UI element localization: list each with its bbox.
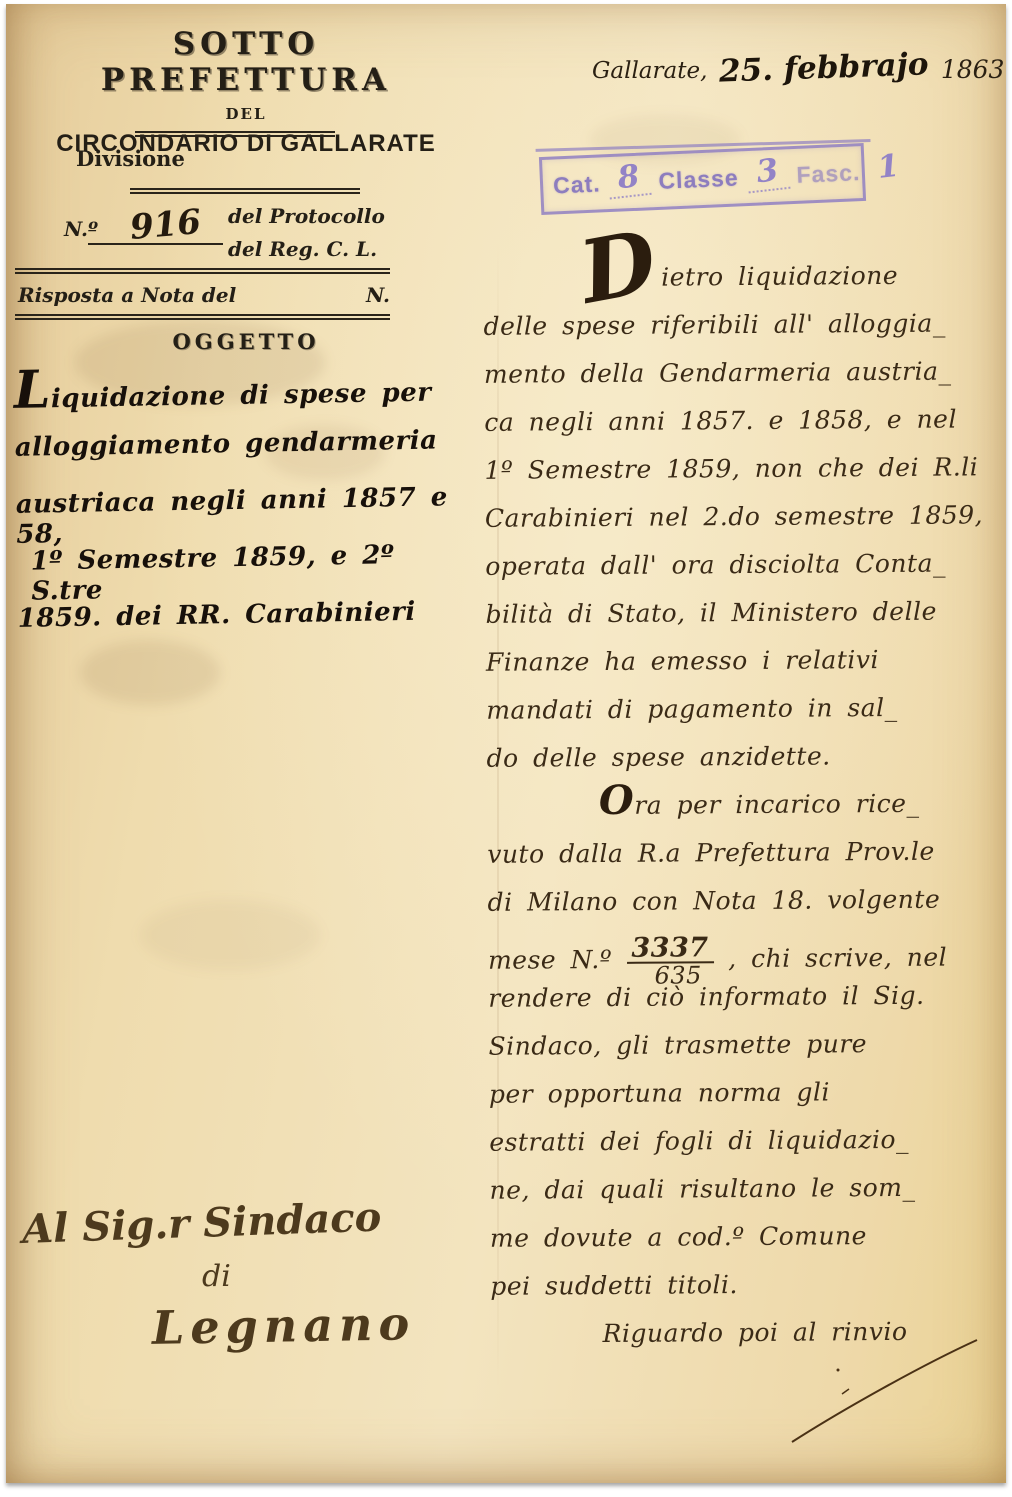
divider-rule: [15, 314, 390, 320]
stamp-classe-value: 3: [744, 151, 790, 194]
protocol-number-label: N.º: [64, 217, 98, 241]
reply-n-label: N.: [366, 283, 390, 307]
body-line: per opportuna norma gli: [489, 1076, 1007, 1128]
decorative-initial-o: O: [599, 777, 635, 824]
body-line-text: ra per incarico rice_: [634, 789, 919, 820]
body-line: do delle spese anzidette.: [487, 740, 1005, 792]
body-line: Carabinieri nel 2.do semestre 1859,: [485, 500, 1003, 552]
letterhead: SOTTO PREFETTURA DEL CIRCONDARIO DI GALL…: [50, 26, 442, 158]
body-line: Finanze ha emesso i relativi: [486, 644, 1004, 696]
object-line: alloggiamento gendarmeria: [15, 425, 456, 490]
document-scan: { "page": { "paper_color": "#f0dcae", "p…: [0, 0, 1012, 1497]
body-line: mento della Gendarmeria austria_: [484, 356, 1002, 408]
body-line-fraction: mese N.º 3337635 , chi scrive, nel: [488, 932, 1006, 984]
pen-flourish: [772, 1330, 992, 1450]
stamp-classe-label: Classe: [658, 164, 739, 194]
body-line: bilità di Stato, il Ministero delle: [485, 596, 1003, 648]
body-line: delle spese riferibili all' alloggia_: [483, 308, 1001, 360]
letter-body: D ietro liquidazione delle spese riferib…: [483, 260, 1009, 1368]
divider-rule: [15, 268, 390, 274]
body-line: di Milano con Nota 18. volgente: [488, 884, 1006, 936]
dateline: Gallarate, 25. febbrajo 1863: [592, 50, 1004, 86]
reply-label: Risposta a Nota del: [18, 283, 236, 307]
recipient-line: di: [202, 1259, 482, 1294]
body-line: ne, dai quali risultano le som_: [490, 1172, 1008, 1224]
body-line: rendere di ciò informato il Sig.: [488, 980, 1006, 1032]
recipient-line: Al Sig.r Sindaco: [21, 1190, 482, 1253]
fraction-suffix: , chi scrive, nel: [728, 943, 947, 974]
protocol-number-row: N.º 916: [64, 205, 228, 245]
protocol-labels: del Protocollo del Reg. C. L.: [228, 200, 385, 266]
dateline-place: Gallarate,: [592, 58, 707, 84]
object-label: OGGETTO: [50, 329, 442, 354]
body-line: operata dall' ora disciolta Conta_: [485, 548, 1003, 600]
object-line: 1º Semestre 1859, e 2º S.tre: [17, 539, 458, 604]
body-line: mandati di pagamento in sal_: [486, 692, 1004, 744]
fraction-numerator: 3337: [626, 934, 713, 964]
body-line: estratti dei fogli di liquidazio_: [489, 1124, 1007, 1176]
object-text: Liquidazione di spese per alloggiamento …: [14, 368, 459, 661]
recipient-line: Legnano: [152, 1295, 483, 1355]
object-initial: L: [13, 359, 51, 421]
body-line: ietro liquidazione: [483, 260, 1001, 312]
stamp-fasc-label: Fasc.: [796, 159, 861, 189]
body-line: pei suddetti titoli.: [490, 1268, 1008, 1320]
body-line: Sindaco, gli trasmette pure: [489, 1028, 1007, 1080]
number-underline: [88, 243, 223, 245]
protocol-label: del Protocollo: [228, 200, 385, 233]
stamp-cat-value: 8: [606, 157, 652, 200]
fraction-prefix: mese N.º: [488, 945, 612, 975]
division-label: Divisione: [76, 146, 185, 171]
object-line-text: iquidazione di spese per: [51, 378, 432, 415]
object-line: Liquidazione di spese per: [14, 368, 455, 433]
decorative-initial-d: D: [574, 219, 663, 317]
body-line: 1º Semestre 1859, non che dei R.li: [484, 452, 1002, 504]
divider-rule: [130, 188, 360, 194]
object-line: austriaca negli anni 1857 e 58,: [16, 482, 457, 547]
body-line: vuto dalla R.a Prefettura Prov.le: [487, 836, 1005, 888]
divider-rule: [135, 131, 335, 137]
dateline-year: 1863: [941, 55, 1005, 84]
protocol-fraction: 3337635: [626, 934, 714, 989]
letterhead-del: DEL: [50, 105, 442, 123]
dateline-date: 25. febbrajo: [719, 46, 930, 89]
body-line: Ora per incarico rice_: [487, 788, 1005, 840]
body-line: me dovute a cod.º Comune: [490, 1220, 1008, 1272]
stamp-cat-label: Cat.: [553, 170, 602, 199]
recipient-block: Al Sig.r Sindaco di Legnano: [22, 1198, 482, 1352]
reply-row: Risposta a Nota del N.: [18, 283, 390, 307]
letterhead-title: SOTTO PREFETTURA: [50, 26, 442, 98]
object-line: 1859. dei RR. Carabinieri: [18, 596, 459, 661]
stamp-fasc-value: 1: [866, 147, 912, 188]
body-line: ca negli anni 1857. e 1858, e nel: [484, 404, 1002, 456]
register-label: del Reg. C. L.: [228, 233, 385, 266]
